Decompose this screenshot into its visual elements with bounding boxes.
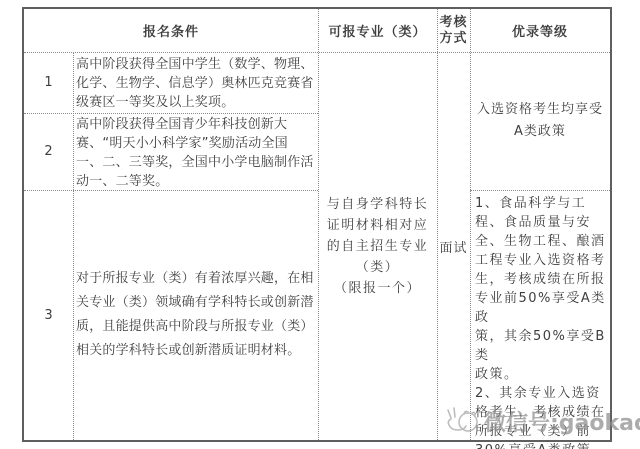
header-application-conditions: 报名条件 xyxy=(24,9,318,52)
grid-line-vertical-rownum xyxy=(73,52,74,440)
grid-line-vertical-level xyxy=(470,9,471,440)
condition-row-3: 对于所报专业（类）有着浓厚兴趣，在相 关专业（类）领域确有学科特长或创新潜 质，… xyxy=(73,190,318,440)
header-applicable-majors: 可报专业（类） xyxy=(318,9,437,52)
admission-policy-table: 报名条件 可报专业（类） 考核 方式 优录等级 1 2 3 高中阶段获得全国中学… xyxy=(22,7,612,442)
grid-line-row2-row3-right xyxy=(470,190,610,191)
grid-line-vertical-majors xyxy=(318,9,319,440)
grid-line-row2-row3-left xyxy=(24,190,318,191)
header-assessment-method: 考核 方式 xyxy=(437,9,470,52)
assessment-method-cell: 面试 xyxy=(437,52,470,440)
row-number-3: 3 xyxy=(24,190,73,440)
applicable-majors-cell: 与自身学科特长 证明材料相对应 的自主招生专业 （类） （限报一个） xyxy=(318,52,437,440)
screenshot-page: 报名条件 可报专业（类） 考核 方式 优录等级 1 2 3 高中阶段获得全国中学… xyxy=(0,0,640,449)
condition-row-2: 高中阶段获得全国青少年科技创新大 赛、“明天小小科学家”奖励活动全国 一、二、三… xyxy=(73,113,318,190)
preferential-level-rows-1-2: 入选资格考生均享受 A类政策 xyxy=(470,52,610,190)
row-number-1: 1 xyxy=(24,52,73,113)
grid-line-vertical-method xyxy=(437,9,438,440)
grid-line-row1-row2 xyxy=(24,113,318,114)
condition-row-1: 高中阶段获得全国中学生（数学、物理、 化学、生物学、信息学）奥林匹克竞赛省 级赛… xyxy=(73,52,318,113)
wechat-doodle-icon xyxy=(442,401,482,441)
row-number-2: 2 xyxy=(24,113,73,190)
watermark-text: 微信号:gaokao360 xyxy=(484,406,640,437)
grid-line-header-bottom xyxy=(24,52,610,53)
watermark: 微信号:gaokao360 xyxy=(442,401,640,441)
header-preferential-level: 优录等级 xyxy=(470,9,610,52)
